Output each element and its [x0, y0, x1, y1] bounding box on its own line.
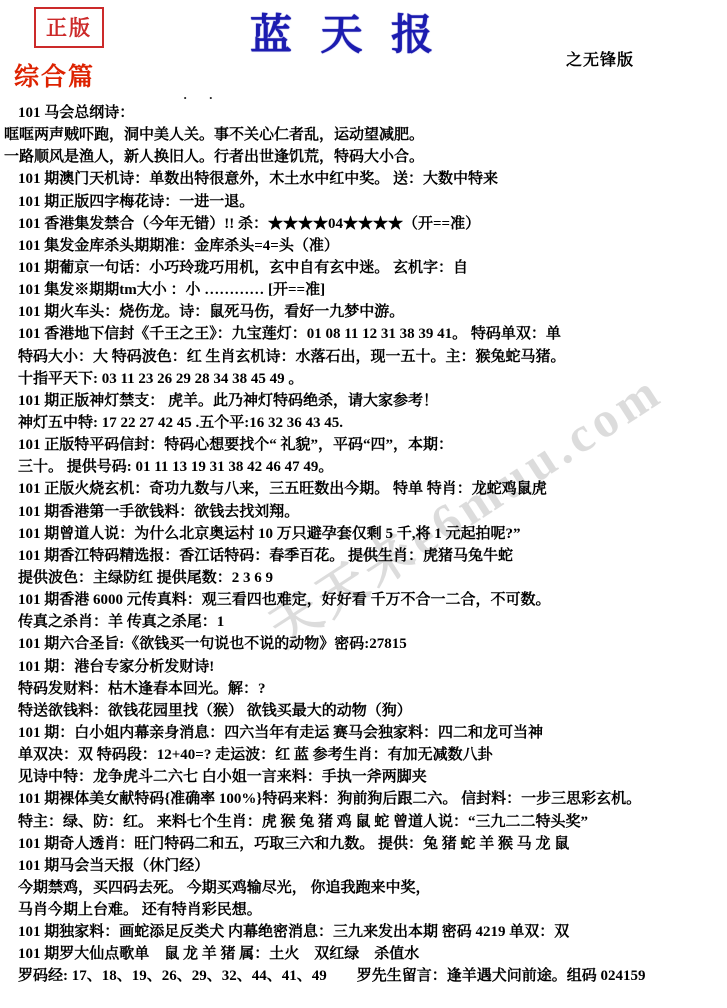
report-line: 罗码经: 17、18、19、26、29、32、44、41、49 罗先生留言：逢羊…: [18, 965, 727, 987]
report-line: 101 期曾道人说：为什么北京奥运村 10 万只避孕套仅剩 5 千,将 1 元起…: [18, 523, 727, 545]
report-line: 传真之杀肖：羊 传真之杀尾：1: [18, 611, 727, 633]
report-line: 哐哐两声贼吓跑，洞中美人关。事不关心仁者乱，运动望减肥。: [4, 124, 727, 146]
report-line: 一路顺风是渔人，新人换旧人。行者出世逢饥荒，特码大小合。: [4, 146, 727, 168]
section-heading: 综合篇: [14, 57, 95, 93]
authentic-badge: 正版: [34, 7, 104, 48]
report-line: 特码大小：大 特码波色：红 生肖玄机诗：水落石出，现一五十。主：猴兔蛇马猪。: [18, 346, 727, 368]
report-line: 101 期香港第一手欲钱料：欲钱去找刘翔。: [18, 501, 727, 523]
report-line: 马肖今期上台难。 还有特肖彩民想。: [18, 899, 727, 921]
report-line: 特码发财料：枯木逢春本回光。解：?: [18, 678, 727, 700]
report-line: 101 正版特平码信封：特码心想要找个“ 礼貌”，平码“四”，本期：: [18, 434, 727, 456]
report-line: 单双决：双 特码段：12+40=? 走运波：红 蓝 参考生肖：有加无减数八卦: [18, 744, 727, 766]
report-line: 101 期：白小姐内幕亲身消息：四六当年有走运 赛马会独家料：四二和龙可当神: [18, 722, 727, 744]
report-line: 101 香港集发禁合（今年无错）!! 杀：★★★★04★★★★（开==准）: [18, 213, 727, 235]
report-line: 101 期正版神灯禁支： 虎羊。此乃神灯特码绝杀，请大家参考！: [18, 390, 727, 412]
report-line: 101 期正版四字梅花诗：一进一退。: [18, 191, 727, 213]
report-line: 神灯五中特: 17 22 27 42 45 .五个平:16 32 36 43 4…: [18, 412, 727, 434]
report-line: 十指平天下: 03 11 23 26 29 28 34 38 45 49 。: [18, 368, 727, 390]
report-line: 101 马会总纲诗：: [18, 102, 727, 124]
report-line: 101 期香港 6000 元传真料：观三看四也难定，好好看 千万不合一二合，不可…: [18, 589, 727, 611]
report-line: 三十。 提供号码: 01 11 13 19 31 38 42 46 47 49。: [18, 456, 727, 478]
report-line: 特送欲钱料：欲钱花园里找（猴） 欲钱买最大的动物（狗）: [18, 700, 727, 722]
report-line: 101 期奇人透肖：旺门特码二和五，巧取三六和九数。 提供：兔 猪 蛇 羊 猴 …: [18, 833, 727, 855]
report-line: 101 期火车头：烧伤龙。诗：鼠死马伤，看好一九梦中游。: [18, 301, 727, 323]
report-line: 今期禁鸡，买四码去死。 今期买鸡输尽光， 你追我跑来中奖，: [18, 877, 727, 899]
report-line: 101 期香江特码精选报：香江话特码：春季百花。 提供生肖：虎猪马兔牛蛇: [18, 545, 727, 567]
report-lines: 101 马会总纲诗：哐哐两声贼吓跑，洞中美人关。事不关心仁者乱，运动望减肥。一路…: [18, 102, 727, 988]
report-line: 101 集发金库杀头期期准：金库杀头=4=头（准）: [18, 235, 727, 257]
report-line: 提供波色：主绿防红 提供尾数：2 3 6 9: [18, 567, 727, 589]
report-line: 101 香港地下信封《千王之王》：九宝莲灯：01 08 11 12 31 38 …: [18, 323, 727, 345]
report-line: 特主：绿、防：红。 来料七个生肖：虎 猴 兔 猪 鸡 鼠 蛇 曾道人说：“三九二…: [18, 811, 727, 833]
page-title: 蓝 天 报: [250, 2, 442, 62]
report-line: 见诗中特：龙争虎斗二六七 白小姐一言来料：手执一斧两脚夹: [18, 766, 727, 788]
report-line: 101 期澳门天机诗：单数出特很意外，木土水中红中奖。 送：大数中特来: [18, 168, 727, 190]
report-line: 101 期：港台专家分析发财诗!: [18, 656, 727, 678]
report-line: 101 期马会当天报（休门经）: [18, 855, 727, 877]
report-line: 101 期葡京一句话：小巧玲珑巧用机，玄中自有玄中迷。 玄机字：自: [18, 257, 727, 279]
edition-label: 之无锋版: [566, 47, 634, 70]
report-line: 101 期裸体美女献特码{准确率 100%}特码来料：狗前狗后跟二六。 信封料：…: [18, 788, 727, 810]
report-line: 101 正版火烧玄机：奇功九数与八来，三五旺数出今期。 特单 特肖：龙蛇鸡鼠虎: [18, 478, 727, 500]
report-line: 101 期罗大仙点歌单 鼠 龙 羊 猪 属：土火 双红绿 杀值水: [18, 943, 727, 965]
report-line: 101 集发※期期tm大小 ：小 ………… [开==准]: [18, 279, 727, 301]
report-line: 101 期独家料：画蛇添足反类犬 内幕绝密消息：三九来发出本期 密码 4219 …: [18, 921, 727, 943]
report-line: 101 期六合圣旨:《欲钱买一句说也不说的动物》密码:27815: [18, 633, 727, 655]
